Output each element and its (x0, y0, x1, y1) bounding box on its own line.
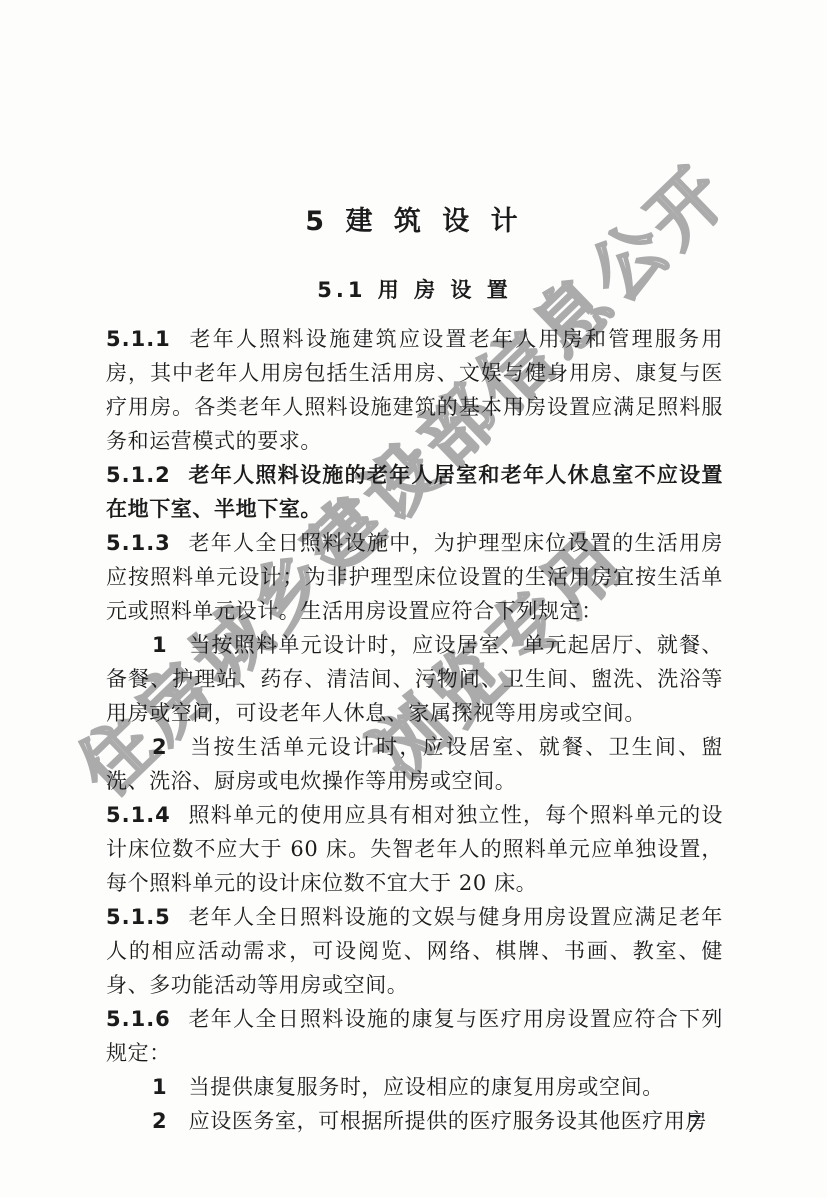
clause-5.1.3: 5.1.3老年人全日照料设施中，为护理型床位设置的生活用房应按照料单元设计；为非… (106, 526, 723, 628)
page-number: 7 (686, 1112, 701, 1138)
item-text: 应设医务室，可根据所提供的医疗服务设其他医疗用房 (189, 1109, 707, 1133)
clause-number: 5.1.2 (106, 463, 171, 487)
item-number: 1 (152, 1075, 168, 1099)
clause-5.1.3-item-2: 2当按生活单元设计时，应设居室、就餐、卫生间、盥洗、洗浴、厨房或电炊操作等用房或… (106, 730, 723, 798)
clause-number: 5.1.6 (106, 1007, 171, 1031)
clause-5.1.3-item-1: 1当按照料单元设计时，应设居室、单元起居厅、就餐、备餐、护理站、药存、清洁间、污… (106, 628, 723, 730)
clause-number: 5.1.1 (106, 327, 171, 351)
clause-5.1.6-item-2: 2应设医务室，可根据所提供的医疗服务设其他医疗用房 (106, 1104, 723, 1138)
item-text: 当按照料单元设计时，应设居室、单元起居厅、就餐、备餐、护理站、药存、清洁间、污物… (106, 633, 723, 725)
clause-5.1.5: 5.1.5老年人全日照料设施的文娱与健身用房设置应满足老年人的相应活动需求，可设… (106, 900, 723, 1002)
document-page: { "theme": { "background": "#fdfdfc", "t… (0, 0, 827, 1198)
clause-5.1.4: 5.1.4照料单元的使用应具有相对独立性，每个照料单元的设计床位数不应大于 60… (106, 798, 723, 900)
item-text: 当提供康复服务时，应设相应的康复用房或空间。 (189, 1075, 664, 1099)
clause-5.1.2: 5.1.2老年人照料设施的老年人居室和老年人休息室不应设置在地下室、半地下室。 (106, 458, 723, 526)
clause-number: 5.1.3 (106, 531, 171, 555)
chapter-title: 5 建 筑 设 计 (106, 204, 723, 240)
section-title: 5.1 用 房 设 置 (106, 276, 723, 304)
clause-text: 老年人照料设施建筑应设置老年人用房和管理服务用房，其中老年人用房包括生活用房、文… (106, 327, 723, 453)
clause-5.1.6-item-1: 1当提供康复服务时，应设相应的康复用房或空间。 (106, 1070, 723, 1104)
item-number: 2 (152, 735, 168, 759)
clause-text: 老年人照料设施的老年人居室和老年人休息室不应设置在地下室、半地下室。 (106, 463, 723, 521)
clause-number: 5.1.5 (106, 905, 171, 929)
item-number: 1 (152, 633, 168, 657)
page-content: 5 建 筑 设 计 5.1 用 房 设 置 5.1.1老年人照料设施建筑应设置老… (106, 204, 723, 1138)
clause-text: 老年人全日照料设施的文娱与健身用房设置应满足老年人的相应活动需求，可设阅览、网络… (106, 905, 723, 997)
clause-5.1.1: 5.1.1老年人照料设施建筑应设置老年人用房和管理服务用房，其中老年人用房包括生… (106, 322, 723, 458)
item-number: 2 (152, 1109, 168, 1133)
clause-number: 5.1.4 (106, 803, 171, 827)
clause-5.1.6: 5.1.6老年人全日照料设施的康复与医疗用房设置应符合下列规定： (106, 1002, 723, 1070)
item-text: 当按生活单元设计时，应设居室、就餐、卫生间、盥洗、洗浴、厨房或电炊操作等用房或空… (106, 735, 723, 793)
clause-list: 5.1.1老年人照料设施建筑应设置老年人用房和管理服务用房，其中老年人用房包括生… (106, 322, 723, 1138)
clause-text: 老年人全日照料设施的康复与医疗用房设置应符合下列规定： (106, 1007, 723, 1065)
clause-text: 照料单元的使用应具有相对独立性，每个照料单元的设计床位数不应大于 60 床。失智… (106, 803, 723, 895)
clause-text: 老年人全日照料设施中，为护理型床位设置的生活用房应按照料单元设计；为非护理型床位… (106, 531, 723, 623)
